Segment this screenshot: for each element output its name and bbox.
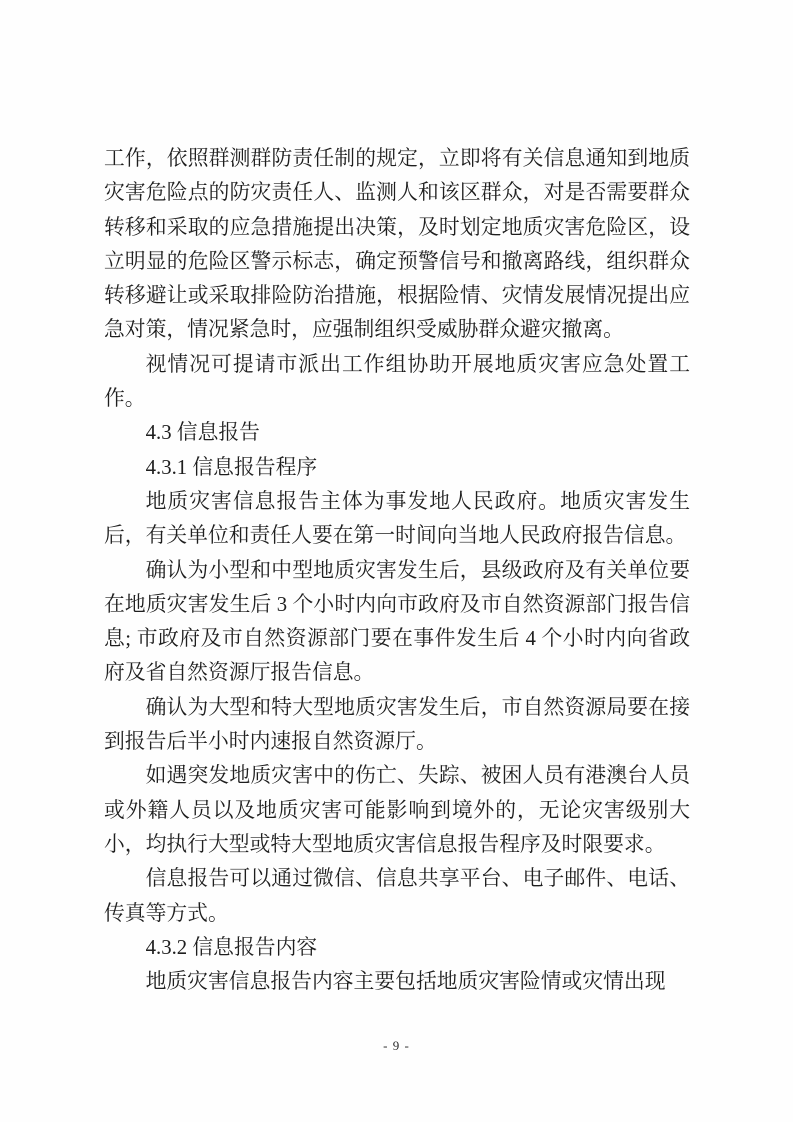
section-heading: 4.3.1 信息报告程序 xyxy=(104,451,690,485)
document-body: 工作，依照群测群防责任制的规定，立即将有关信息通知到地质灾害危险点的防灾责任人、… xyxy=(104,142,690,999)
paragraph: 视情况可提请市派出工作组协助开展地质灾害应急处置工作。 xyxy=(104,348,690,417)
paragraph: 地质灾害信息报告内容主要包括地质灾害险情或灾情出现 xyxy=(104,965,690,999)
paragraph: 确认为大型和特大型地质灾害发生后，市自然资源局要在接到报告后半小时内速报自然资源… xyxy=(104,691,690,760)
section-heading: 4.3 信息报告 xyxy=(104,416,690,450)
page-number: - 9 - xyxy=(383,1038,410,1054)
paragraph: 地质灾害信息报告主体为事发地人民政府。地质灾害发生后，有关单位和责任人要在第一时… xyxy=(104,485,690,554)
paragraph: 工作，依照群测群防责任制的规定，立即将有关信息通知到地质灾害危险点的防灾责任人、… xyxy=(104,142,690,348)
paragraph: 确认为小型和中型地质灾害发生后，县级政府及有关单位要在地质灾害发生后 3 个小时… xyxy=(104,554,690,691)
paragraph: 信息报告可以通过微信、信息共享平台、电子邮件、电话、传真等方式。 xyxy=(104,862,690,931)
document-page: 工作，依照群测群防责任制的规定，立即将有关信息通知到地质灾害危险点的防灾责任人、… xyxy=(0,0,793,1122)
page-footer: - 9 - xyxy=(0,1037,793,1055)
paragraph: 如遇突发地质灾害中的伤亡、失踪、被困人员有港澳台人员或外籍人员以及地质灾害可能影… xyxy=(104,759,690,862)
section-heading: 4.3.2 信息报告内容 xyxy=(104,931,690,965)
